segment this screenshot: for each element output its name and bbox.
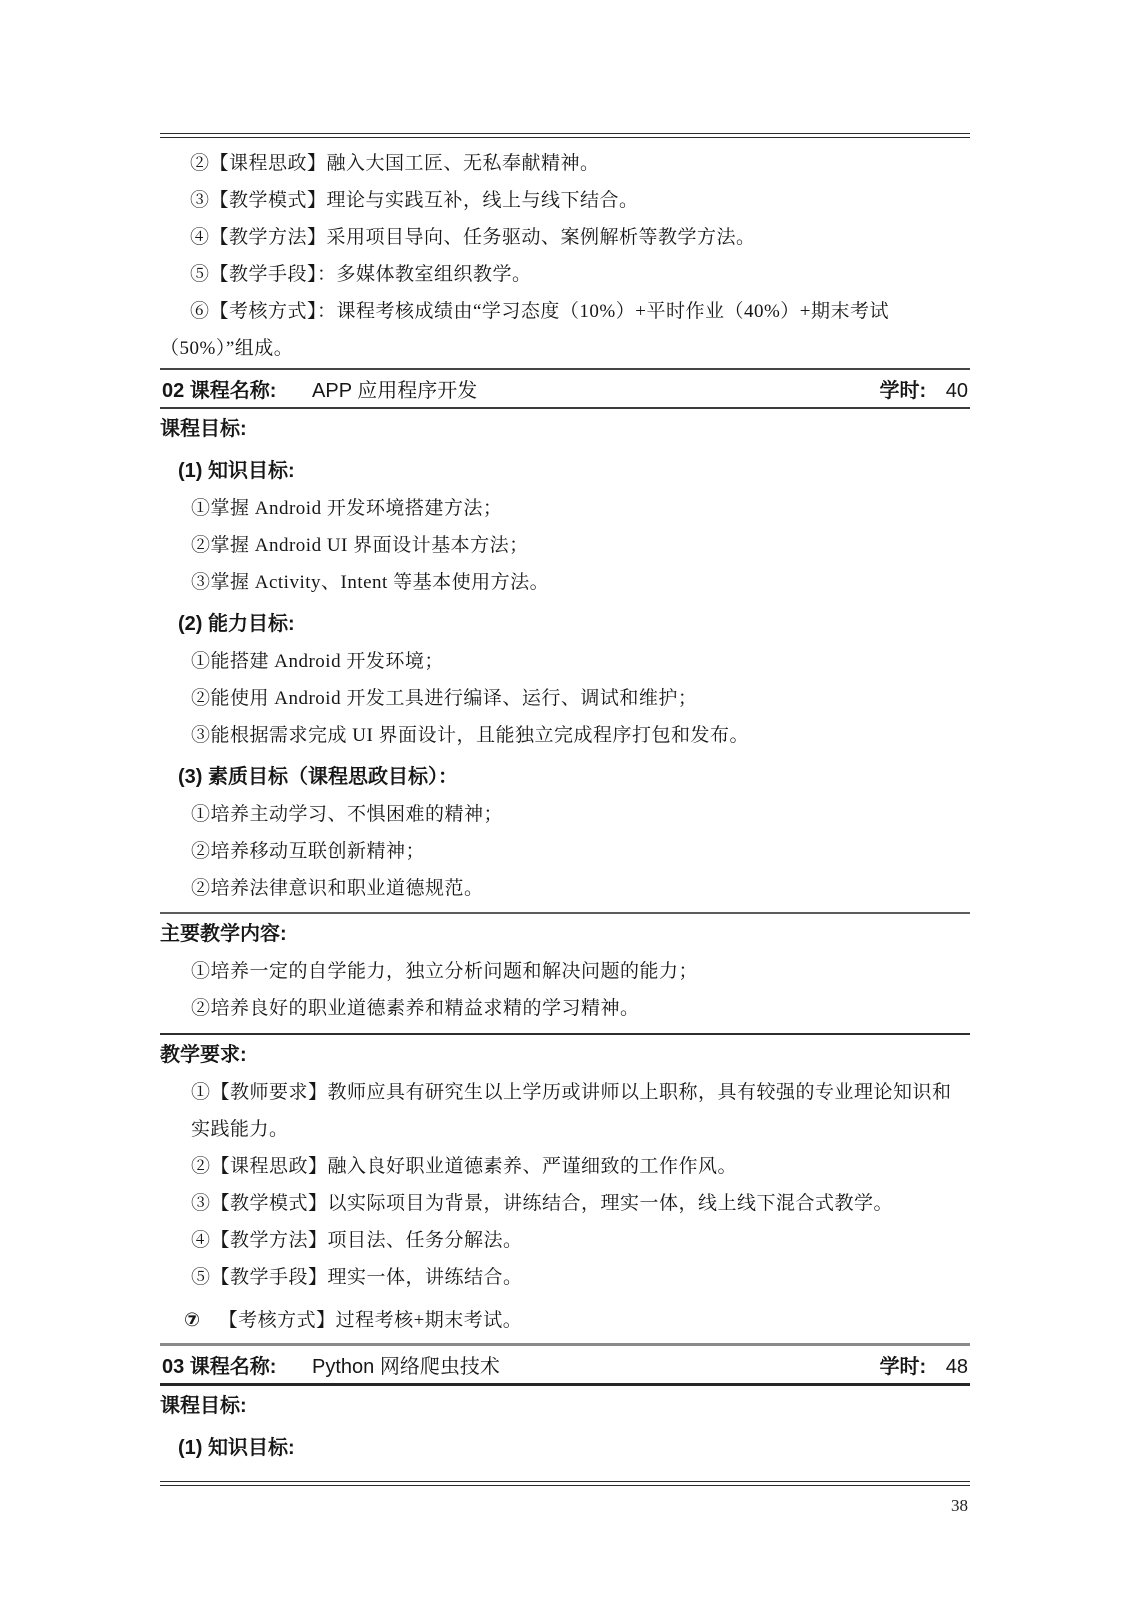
list-item: ②培养良好的职业道德素养和精益求精的学习精神。	[160, 990, 970, 1027]
section-title-teaching-requirements: 教学要求:	[160, 1035, 970, 1074]
list-item: ③能根据需求完成 UI 界面设计，且能独立完成程序打包和发布。	[160, 717, 970, 754]
list-item: ②掌握 Android UI 界面设计基本方法；	[160, 527, 970, 564]
hours-value: 40	[946, 380, 968, 402]
list-item: ①【教师要求】教师应具有研究生以上学历或讲师以上职称，具有较强的专业理论知识和实…	[160, 1074, 970, 1148]
course-number-label: 02 课程名称:	[162, 380, 276, 402]
hours-label: 学时:	[880, 380, 927, 402]
list-item: ②【课程思政】融入大国工匠、无私奉献精神。	[160, 145, 970, 182]
section-title-objectives: 课程目标:	[160, 1386, 970, 1425]
list-item: ④【教学方法】采用项目导向、任务驱动、案例解析等教学方法。	[160, 219, 970, 256]
list-item: ②能使用 Android 开发工具进行编译、运行、调试和维护；	[160, 680, 970, 717]
course02-teaching-content-section: 主要教学内容: ①培养一定的自学能力，独立分析问题和解决问题的能力； ②培养良好…	[160, 912, 970, 1027]
course02-header-row: 02 课程名称: APP 应用程序开发 学时: 40	[160, 368, 970, 409]
list-item: ③掌握 Activity、Intent 等基本使用方法。	[160, 564, 970, 601]
group-title-knowledge: (1) 知识目标:	[160, 453, 970, 490]
course-number-label: 03 课程名称:	[162, 1356, 276, 1378]
list-item: ⑤【教学手段】理实一体，讲练结合。	[160, 1259, 970, 1296]
list-item: ①培养一定的自学能力，独立分析问题和解决问题的能力；	[160, 953, 970, 990]
list-item: ③【教学模式】理论与实践互补，线上与线下结合。	[160, 182, 970, 219]
list-item: ①掌握 Android 开发环境搭建方法；	[160, 490, 970, 527]
page-content: ②【课程思政】融入大国工匠、无私奉献精神。 ③【教学模式】理论与实践互补，线上与…	[160, 133, 970, 1517]
list-item-assessment: ⑦【考核方式】过程考核+期末考试。	[160, 1302, 970, 1339]
group-title-quality: (3) 素质目标（课程思政目标）：	[160, 759, 970, 796]
list-item: ②【课程思政】融入良好职业道德素养、严谨细致的工作作风。	[160, 1148, 970, 1185]
hours-label: 学时:	[880, 1356, 927, 1378]
group-title-ability: (2) 能力目标:	[160, 606, 970, 643]
list-item-text: 【考核方式】过程考核+期末考试。	[219, 1310, 523, 1331]
page-number: 38	[160, 1495, 970, 1517]
section-title-objectives: 课程目标:	[160, 409, 970, 448]
course03-objectives-section: 课程目标: (1) 知识目标:	[160, 1386, 970, 1467]
course02-teaching-requirements-section: 教学要求: ①【教师要求】教师应具有研究生以上学历或讲师以上职称，具有较强的专业…	[160, 1033, 970, 1339]
list-item: ③【教学模式】以实际项目为背景，讲练结合，理实一体，线上线下混合式教学。	[160, 1185, 970, 1222]
list-item: ②培养移动互联创新精神；	[160, 833, 970, 870]
list-item: ④【教学方法】项目法、任务分解法。	[160, 1222, 970, 1259]
list-item: ②培养法律意识和职业道德规范。	[160, 870, 970, 907]
course-name: APP 应用程序开发	[312, 380, 477, 402]
list-item: ⑤【教学手段】：多媒体教室组织教学。	[160, 256, 970, 293]
course03-header-left: 03 课程名称: Python 网络爬虫技术	[162, 1350, 500, 1379]
group-title-knowledge: (1) 知识目标:	[160, 1430, 970, 1467]
list-item: ⑥【考核方式】：课程考核成绩由“学习态度（10%）+平时作业（40%）+期末考试…	[160, 293, 970, 367]
document-page: ②【课程思政】融入大国工匠、无私奉献精神。 ③【教学模式】理论与实践互补，线上与…	[0, 0, 1131, 1600]
course02-header-right: 学时: 40	[880, 374, 968, 403]
circled-seven-marker: ⑦	[184, 1310, 201, 1331]
section-title-teaching-content: 主要教学内容:	[160, 914, 970, 953]
list-item: ①能搭建 Android 开发环境；	[160, 643, 970, 680]
hours-value: 48	[946, 1356, 968, 1378]
course03-header-row: 03 课程名称: Python 网络爬虫技术 学时: 48	[160, 1343, 970, 1386]
course02-header-left: 02 课程名称: APP 应用程序开发	[162, 374, 477, 403]
course02-objectives-section: 课程目标: (1) 知识目标: ①掌握 Android 开发环境搭建方法； ②掌…	[160, 409, 970, 907]
page-bottom-border	[160, 1481, 970, 1486]
course03-header-right: 学时: 48	[880, 1350, 968, 1379]
list-item: ①培养主动学习、不惧困难的精神；	[160, 796, 970, 833]
course-name: Python 网络爬虫技术	[312, 1356, 500, 1378]
course01-requirements-tail: ②【课程思政】融入大国工匠、无私奉献精神。 ③【教学模式】理论与实践互补，线上与…	[160, 138, 970, 367]
